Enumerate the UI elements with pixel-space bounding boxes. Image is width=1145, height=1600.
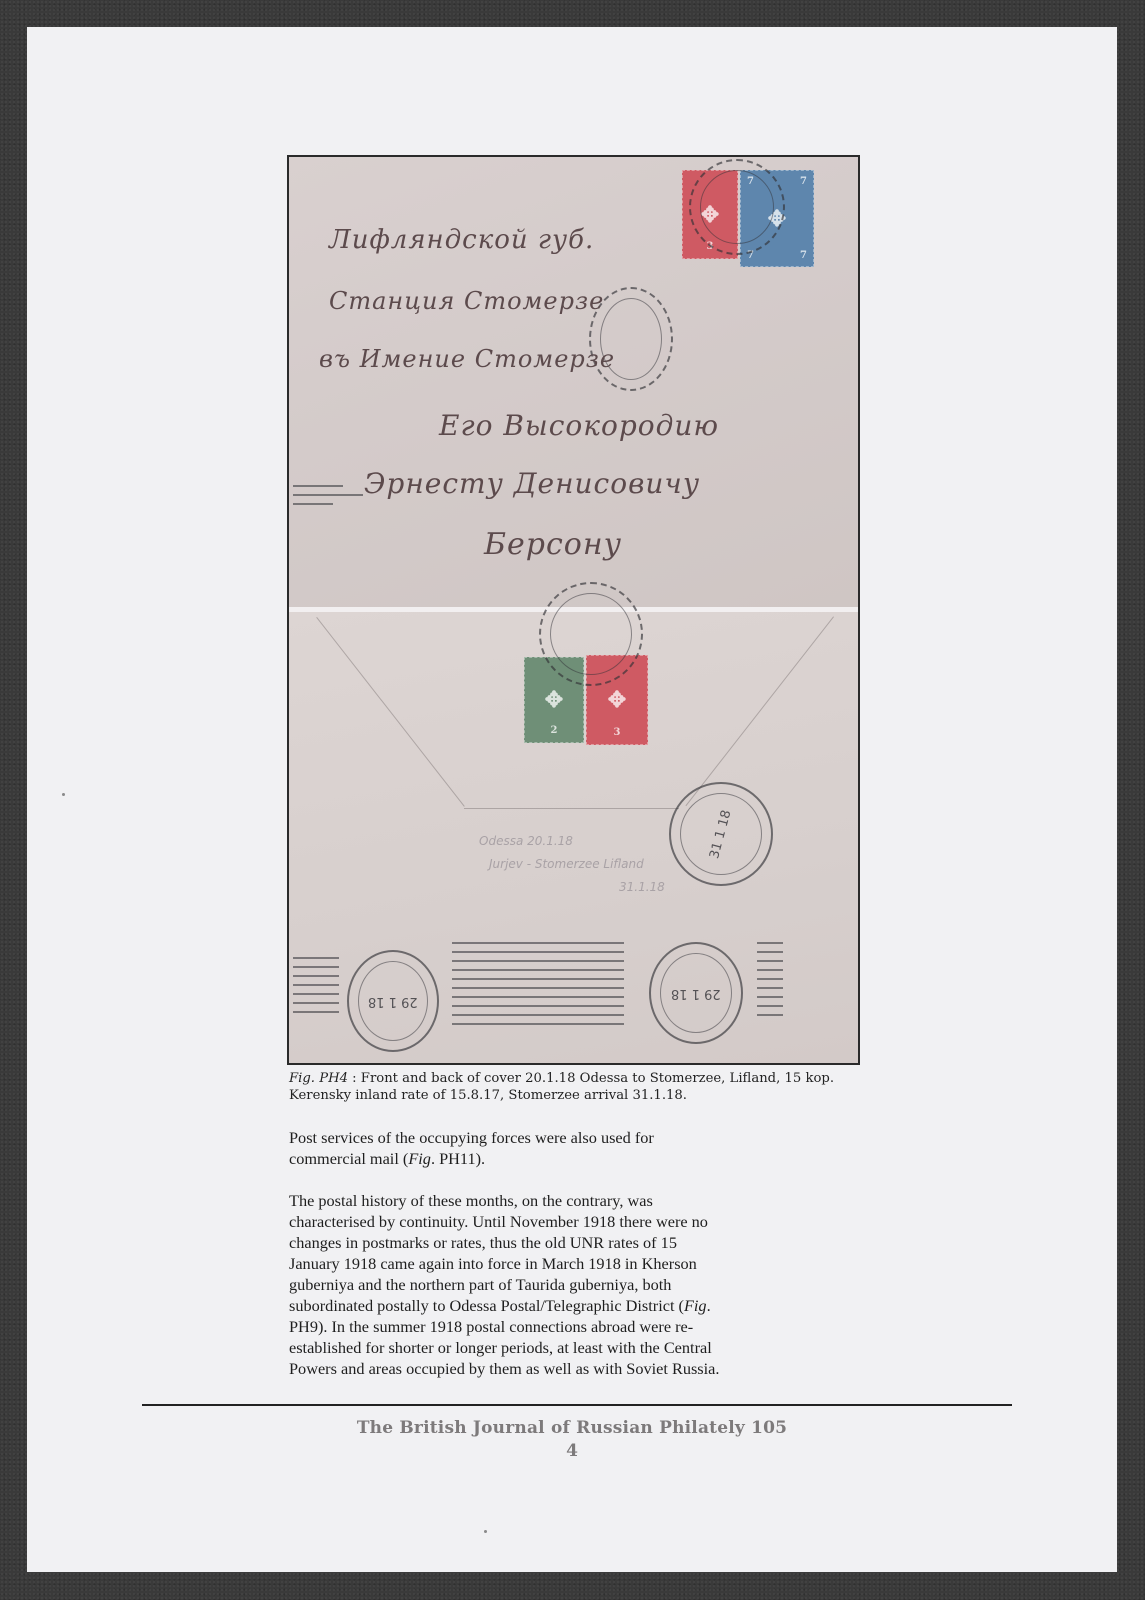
caption-line-2: Kerensky inland rate of 15.8.17, Stomerz… <box>289 1087 889 1104</box>
machine-cancel-bars-center <box>452 942 624 1032</box>
eagle-emblem-icon: ✥ <box>545 687 563 713</box>
address-line-1: Лифляндской губ. <box>329 225 594 255</box>
journal-page: ✥ 3 ✥ 7 7 7 7 Лифляндской губ. Станция С… <box>27 27 1117 1572</box>
envelope-flap-edge-bottom <box>464 808 679 809</box>
machine-cancel-postmark-left: 29 1 18 <box>347 950 439 1052</box>
scan-speck <box>484 1530 487 1533</box>
cover-back: ✥ 2 ✥ 3 31 1 18 Odessa 20.1.18 Jurjev - … <box>289 612 858 1065</box>
page-number: 4 <box>27 1441 1117 1461</box>
pencil-note-line-2: Jurjev - Stomerzee Lifland <box>489 857 644 871</box>
envelope-flap-edge-right <box>685 616 834 806</box>
cover-photograph: ✥ 3 ✥ 7 7 7 7 Лифляндской губ. Станция С… <box>287 155 860 1065</box>
address-line-2: Станция Стомерзе <box>329 287 604 315</box>
paragraph-2: The postal history of these months, on t… <box>289 1190 869 1379</box>
figure-reference: Fig <box>408 1149 431 1168</box>
machine-cancel-postmark-right: 29 1 18 <box>649 942 743 1044</box>
figure-reference: Fig <box>684 1296 707 1315</box>
footer-divider <box>142 1404 1012 1406</box>
paragraph-1: Post services of the occupying forces we… <box>289 1127 869 1169</box>
pencil-note-line-1: Odessa 20.1.18 <box>479 834 573 848</box>
stomerzee-arrival-postmark: 31 1 18 <box>669 782 773 886</box>
envelope-flap-edge-left <box>316 617 465 807</box>
cover-front: ✥ 3 ✥ 7 7 7 7 Лифляндской губ. Станция С… <box>289 157 858 607</box>
machine-cancel-bars-front <box>293 485 363 512</box>
eagle-emblem-icon: ✥ <box>608 687 626 713</box>
odessa-postmark-front <box>689 159 785 255</box>
journal-title: The British Journal of Russian Philately… <box>27 1418 1117 1438</box>
figure-caption: Fig. PH4 : Front and back of cover 20.1.… <box>289 1070 889 1104</box>
address-line-5: Эрнесту Денисовичу <box>364 467 700 500</box>
caption-line-1: Front and back of cover 20.1.18 Odessa t… <box>361 1071 834 1086</box>
machine-cancel-bars-left <box>293 957 339 1020</box>
postmark-over-stamps <box>539 582 643 686</box>
address-line-6: Берсону <box>484 527 622 562</box>
figure-label: Fig. PH4 <box>289 1071 348 1086</box>
address-line-4: Его Высокородию <box>439 409 719 442</box>
machine-cancel-bars-right <box>757 942 783 1023</box>
address-line-3: въ Имение Стомерзе <box>319 345 615 373</box>
pencil-note-line-3: 31.1.18 <box>619 880 665 894</box>
scan-speck <box>62 793 65 796</box>
article-body: Post services of the occupying forces we… <box>289 1127 869 1379</box>
